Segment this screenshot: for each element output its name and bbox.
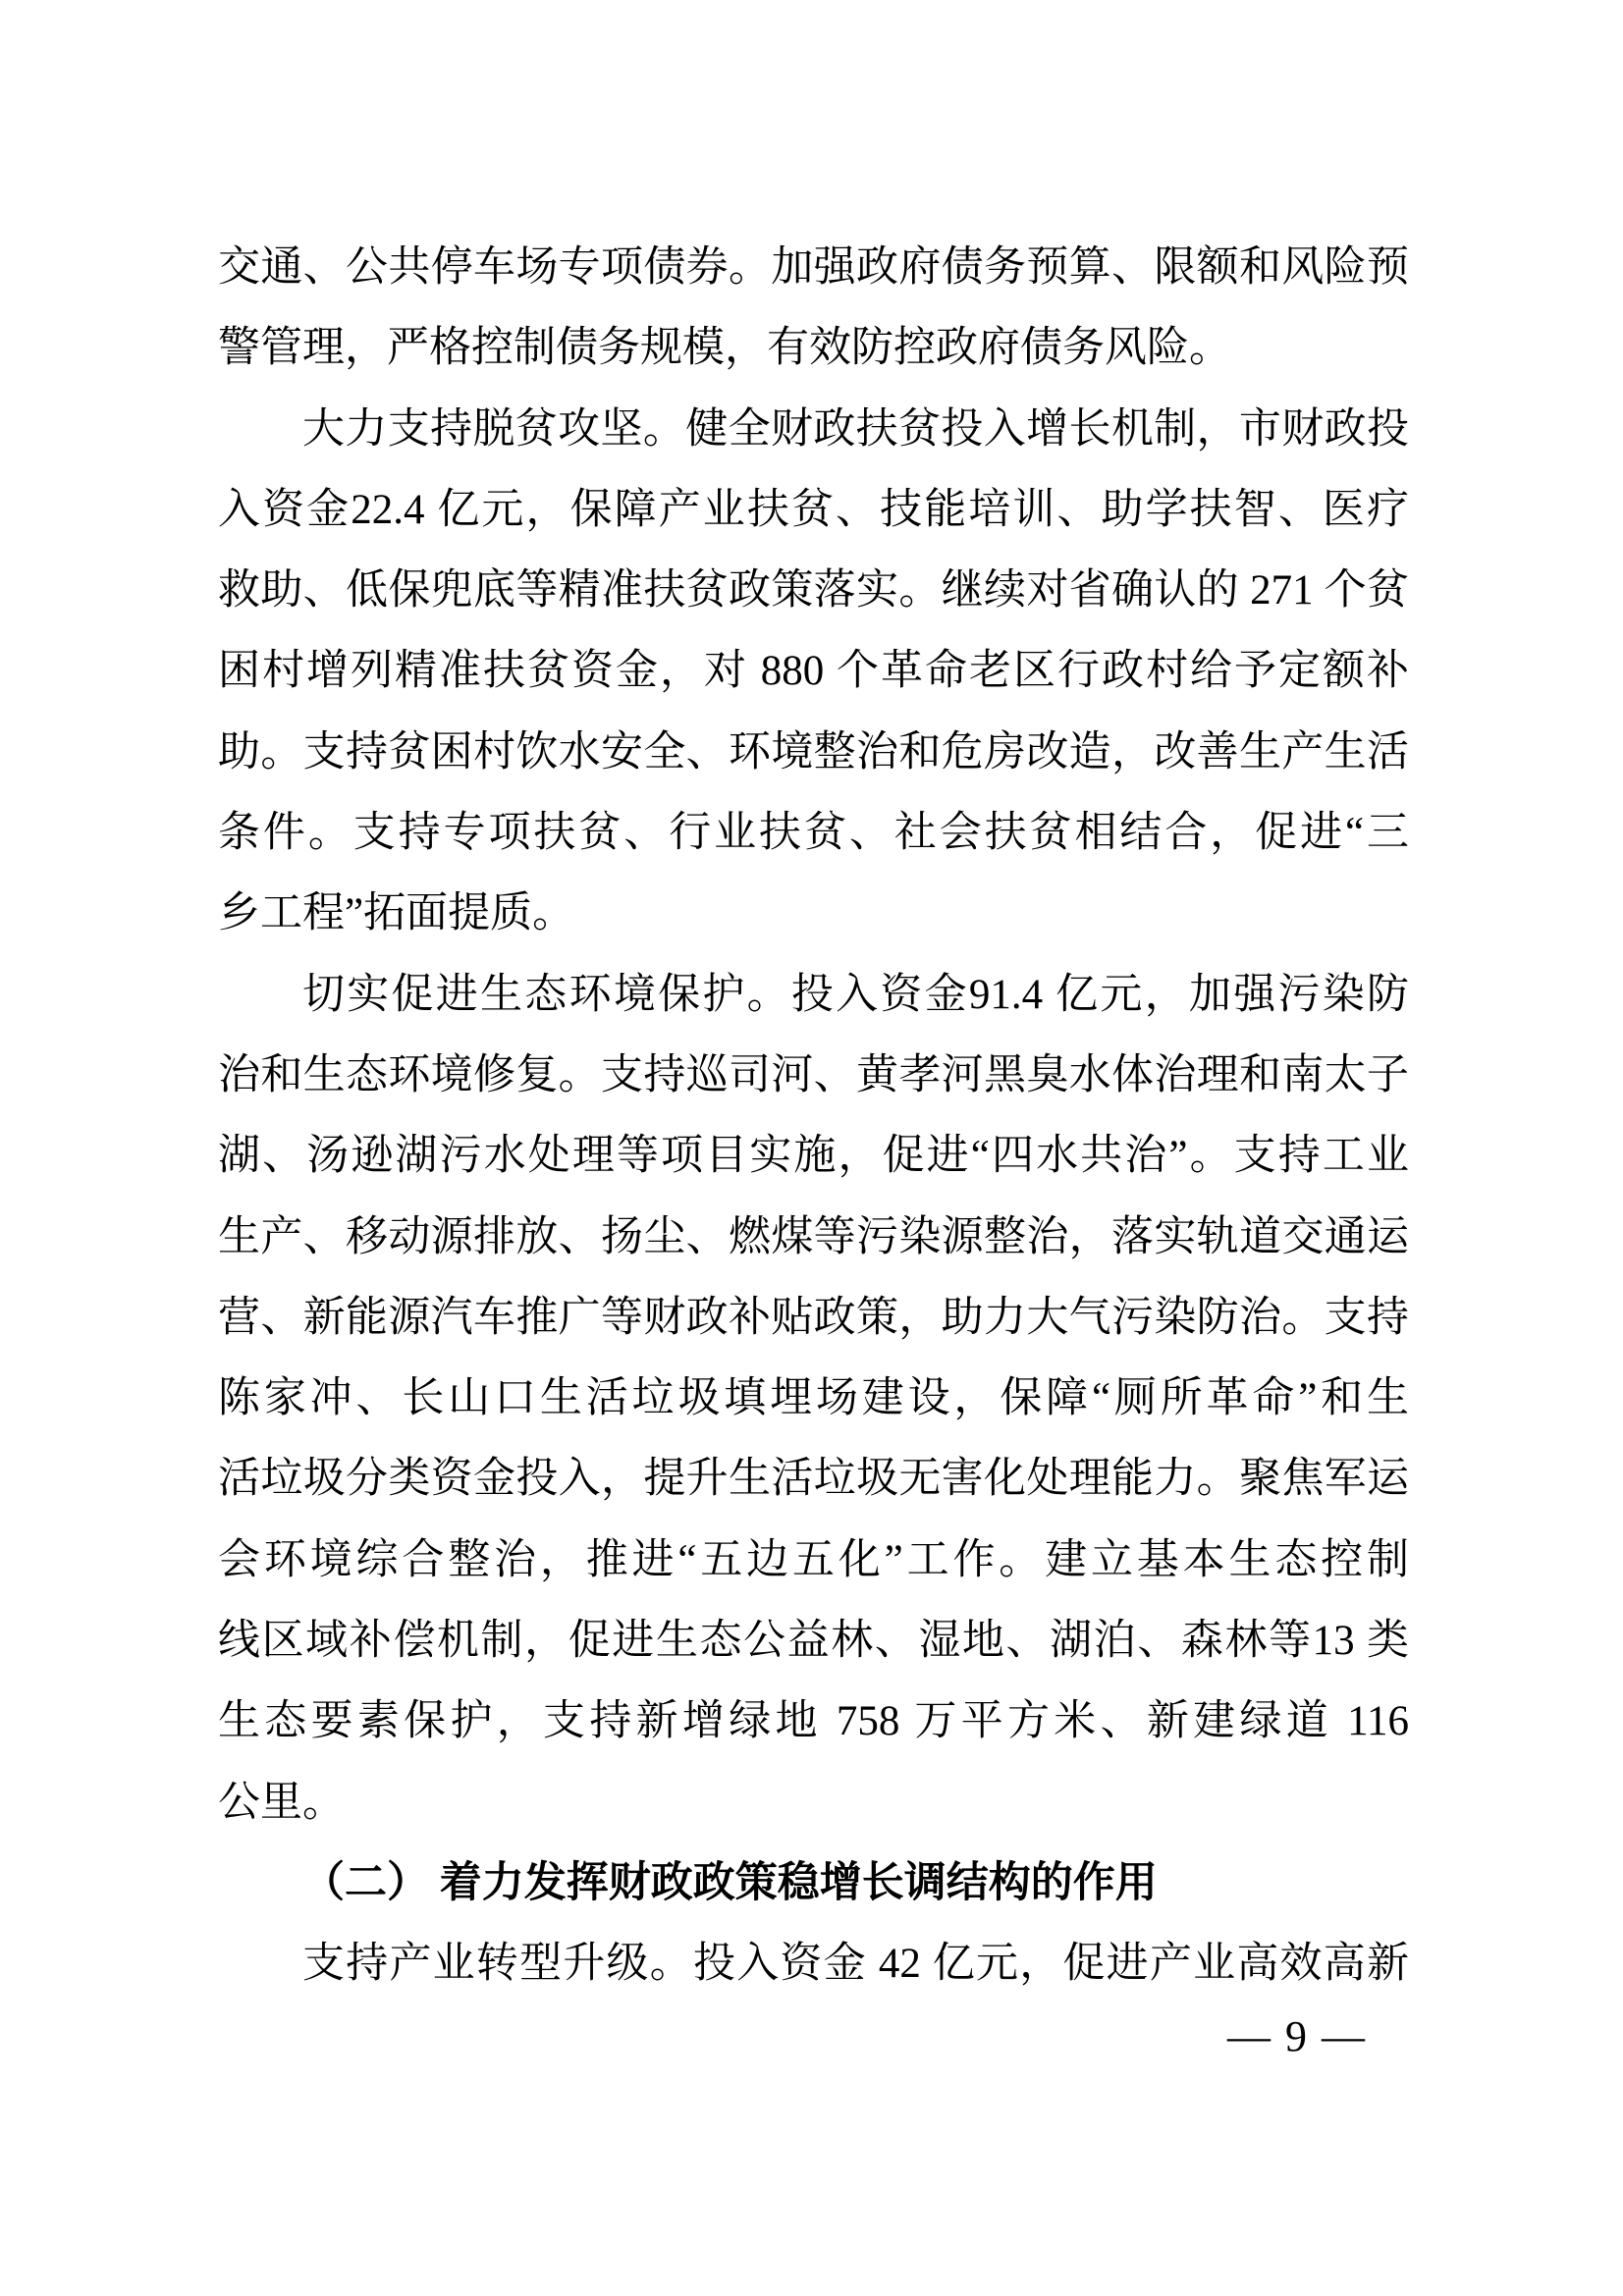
text-line: 交通、公共停车场专项债券。加强政府债务预算、限额和风险预 <box>218 228 1409 308</box>
text-line: 公里。 <box>218 1763 1409 1843</box>
text-line: 困村增列精准扶贫资金，对 880 个革命老区行政村给予定额补 <box>218 631 1409 712</box>
page-number: — 9 — <box>1227 2011 1367 2062</box>
document-body: 交通、公共停车场专项债券。加强政府债务预算、限额和风险预警管理，严格控制债务规模… <box>218 228 1409 2005</box>
text-line: 入资金22.4 亿元，保障产业扶贫、技能培训、助学扶智、医疗 <box>218 470 1409 551</box>
text-line: 条件。支持专项扶贫、行业扶贫、社会扶贫相结合，促进“三 <box>218 793 1409 874</box>
text-line: 大力支持脱贫攻坚。健全财政扶贫投入增长机制，市财政投 <box>218 390 1409 470</box>
document-page: 交通、公共停车场专项债券。加强政府债务预算、限额和风险预警管理，严格控制债务规模… <box>0 0 1623 2296</box>
text-line: 治和生态环境修复。支持巡司河、黄孝河黑臭水体治理和南太子 <box>218 1036 1409 1116</box>
text-line: 助。支持贫困村饮水安全、环境整治和危房改造，改善生产生活 <box>218 713 1409 793</box>
text-line: 生产、移动源排放、扬尘、燃煤等污染源整治，落实轨道交通运 <box>218 1198 1409 1278</box>
text-line: 警管理，严格控制债务规模，有效防控政府债务风险。 <box>218 308 1409 389</box>
text-line: 会环境综合整治，推进“五边五化”工作。建立基本生态控制 <box>218 1521 1409 1601</box>
text-line: 乡工程”拓面提质。 <box>218 874 1409 954</box>
text-line: 线区域补偿机制，促进生态公益林、湿地、湖泊、森林等13 类 <box>218 1601 1409 1682</box>
text-line: 生态要素保护，支持新增绿地 758 万平方米、新建绿道 116 <box>218 1682 1409 1762</box>
text-line: 活垃圾分类资金投入，提升生活垃圾无害化处理能力。聚焦军运 <box>218 1439 1409 1520</box>
text-line: 陈家冲、长山口生活垃圾填埋场建设，保障“厕所革命”和生 <box>218 1359 1409 1439</box>
text-line: 切实促进生态环境保护。投入资金91.4 亿元，加强污染防 <box>218 955 1409 1036</box>
text-line: 救助、低保兜底等精准扶贫政策落实。继续对省确认的 271 个贫 <box>218 551 1409 631</box>
text-line: 营、新能源汽车推广等财政补贴政策，助力大气污染防治。支持 <box>218 1278 1409 1359</box>
text-line: （二） 着力发挥财政政策稳增长调结构的作用 <box>218 1843 1409 1924</box>
text-line: 湖、汤逊湖污水处理等项目实施，促进“四水共治”。支持工业 <box>218 1116 1409 1197</box>
text-line: 支持产业转型升级。投入资金 42 亿元，促进产业高效高新 <box>218 1924 1409 2004</box>
